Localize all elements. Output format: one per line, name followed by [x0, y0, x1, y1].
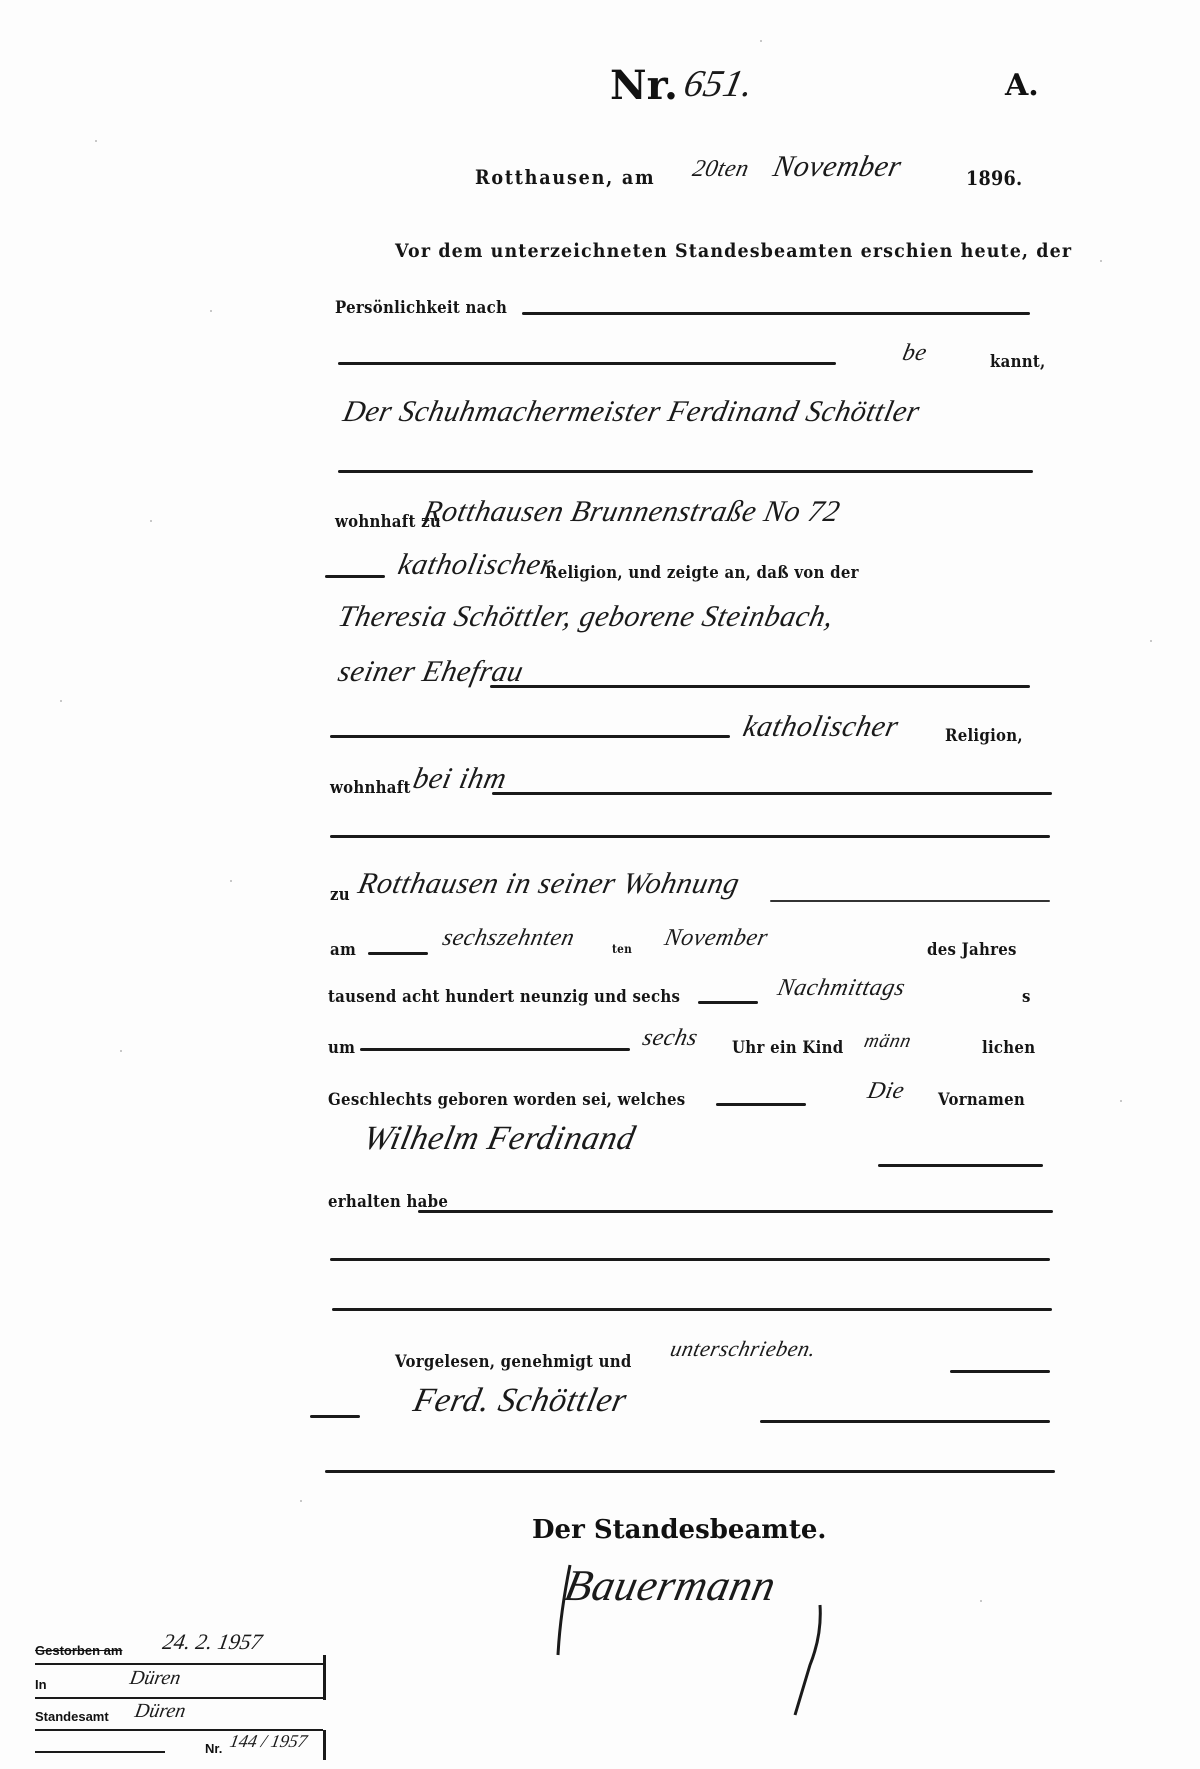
- birth-date-label: am: [330, 940, 356, 960]
- birth-time-suffix: s: [1022, 987, 1031, 1007]
- birth-time-lead-line: [360, 1048, 630, 1051]
- birth-time-of-day-hand: Nachmittags: [775, 975, 908, 1002]
- birth-child-text: Uhr ein Kind: [732, 1038, 843, 1058]
- mother-residence-hand: bei ihm: [410, 762, 510, 796]
- birth-sex-suffix: lichen: [982, 1038, 1035, 1058]
- declarant-sig-line: [760, 1420, 1050, 1423]
- record-number-value: 651.: [680, 62, 758, 106]
- identity-blank-line-2: [338, 362, 836, 365]
- declarant-name-hand: Der Schuhmachermeister Ferdinand Schöttl…: [340, 395, 923, 429]
- known-suffix: kannt,: [990, 352, 1046, 372]
- closing-read-line: [950, 1370, 1050, 1373]
- place-label: Rotthausen, am: [475, 165, 655, 189]
- scan-speck: [60, 700, 62, 702]
- child-names-hand: Wilhelm Ferdinand: [360, 1120, 639, 1158]
- stamp-border-right-lower: [323, 1730, 326, 1760]
- mother-religion-hand: katholischer: [740, 710, 902, 744]
- mother-residence-line: [492, 792, 1052, 795]
- blank-line-c: [332, 1308, 1052, 1311]
- closing-read-hand: unterschrieben.: [668, 1336, 818, 1362]
- scan-speck: [95, 140, 97, 142]
- received-line: [418, 1210, 1053, 1213]
- death-date-value: 24. 2. 1957: [161, 1629, 265, 1655]
- scan-speck: [1120, 1100, 1122, 1102]
- scan-speck: [230, 880, 232, 882]
- death-date-line: [35, 1663, 323, 1665]
- scan-speck: [120, 1050, 122, 1052]
- birth-day-hand: sechszehnten: [440, 925, 577, 952]
- registrar-title: Der Standesbeamte.: [532, 1515, 826, 1545]
- birth-certificate-page: Nr. 651. A. Rotthausen, am 20ten Novembe…: [0, 0, 1200, 1769]
- mother-relation-hand: seiner Ehefrau: [335, 655, 527, 689]
- given-lead-line: [716, 1103, 806, 1106]
- identity-blank-line: [522, 312, 1030, 315]
- birth-gender-line: Geschlechts geboren worden sei, welches: [328, 1090, 685, 1110]
- known-prefix-hand: be: [900, 340, 929, 367]
- death-place-line: [35, 1697, 323, 1699]
- received-label: erhalten habe: [328, 1192, 448, 1212]
- scan-speck: [150, 520, 152, 522]
- scan-speck: [300, 1500, 302, 1502]
- death-place-value: Düren: [128, 1667, 182, 1690]
- blank-line-b: [330, 1258, 1050, 1261]
- closing-read-text: Vorgelesen, genehmigt und: [395, 1352, 632, 1372]
- birth-place-line: [770, 900, 1050, 902]
- blank-line-a: [330, 835, 1050, 838]
- mother-religion-label: Religion,: [945, 726, 1023, 746]
- death-nr-lead-line: [35, 1751, 165, 1753]
- date-day: 20ten: [690, 156, 752, 183]
- date-year: 1896.: [966, 166, 1022, 190]
- given-label: Vornamen: [938, 1090, 1025, 1110]
- declarant-residence-hand: Rotthausen Brunnenstraße No 72: [420, 495, 843, 529]
- scan-speck: [1150, 640, 1152, 642]
- birth-place-hand: Rotthausen in seiner Wohnung: [355, 867, 743, 901]
- death-office-value: Düren: [133, 1700, 187, 1723]
- closing-line: [325, 1470, 1055, 1473]
- birth-sex-hand: männ: [862, 1030, 913, 1053]
- birth-year-label: des Jahres: [927, 940, 1017, 960]
- scan-speck: [1100, 260, 1102, 262]
- birth-date-lead-line: [368, 952, 428, 955]
- birth-year-lead-line: [698, 1001, 758, 1004]
- registrar-signature-flourish: [540, 1555, 860, 1735]
- death-date-label: Gestorben am: [35, 1643, 122, 1658]
- death-annotation-stamp: Gestorben am 24. 2. 1957 In Düren Stande…: [35, 1625, 325, 1760]
- declarant-line: [338, 470, 1033, 473]
- death-nr-label: Nr.: [205, 1741, 222, 1756]
- intro-line: Vor dem unterzeichneten Standesbeamten e…: [395, 240, 1072, 262]
- birth-hour-hand: sechs: [640, 1025, 700, 1052]
- child-names-line: [878, 1164, 1043, 1167]
- scan-speck: [760, 40, 762, 42]
- birth-month-hand: November: [662, 925, 770, 952]
- declarant-religion-text: Religion, und zeigte an, daß von der: [545, 563, 859, 583]
- given-hand: Die: [865, 1078, 907, 1105]
- scan-speck: [210, 310, 212, 312]
- death-place-label: In: [35, 1677, 47, 1692]
- mother-relation-line: [490, 685, 1030, 688]
- stamp-border-right-upper: [323, 1655, 326, 1700]
- religion-lead-line: [325, 575, 385, 578]
- declarant-religion-hand: katholischer: [395, 548, 557, 582]
- birth-place-label: zu: [330, 885, 350, 905]
- scan-speck: [980, 1600, 982, 1602]
- declarant-sig-lead-line: [310, 1415, 360, 1418]
- declarant-signature: Ferd. Schöttler: [410, 1382, 630, 1420]
- death-office-label: Standesamt: [35, 1709, 109, 1724]
- birth-day-suffix: ten: [612, 942, 632, 956]
- record-number-label: Nr.: [610, 62, 678, 109]
- death-nr-value: 144 / 1957: [228, 1731, 309, 1752]
- mother-religion-lead-line: [330, 735, 730, 738]
- identity-label: Persönlichkeit nach: [335, 298, 507, 318]
- form-letter: A.: [1005, 68, 1039, 103]
- mother-residence-label: wohnhaft: [330, 778, 411, 798]
- birth-time-label: um: [328, 1038, 355, 1058]
- birth-year-text: tausend acht hundert neunzig und sechs: [328, 987, 680, 1007]
- mother-name-hand: Theresia Schöttler, geborene Steinbach,: [335, 600, 837, 634]
- date-month: November: [770, 150, 905, 184]
